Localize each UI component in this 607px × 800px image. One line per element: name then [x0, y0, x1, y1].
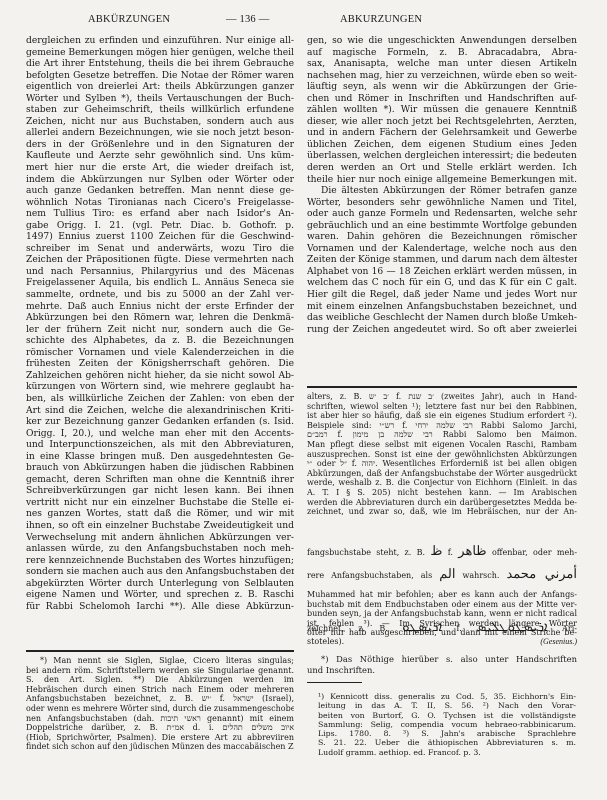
body-line: sax, Ananisapta, welche man unter diesen… — [307, 59, 577, 71]
body-line: Zahlzeichen gehören nicht hieher, da sie… — [26, 371, 294, 383]
body-line: überlassen, welchen dergleichen interess… — [307, 151, 577, 163]
footnote-line: Doppelstriche darüber, z. B. אמ״ת d. i. … — [26, 723, 294, 733]
body-line: mehrte. Daß auch Ennius nicht der erste … — [26, 302, 294, 314]
references: ¹) Kennicott diss. generalis zu Cod. 5, … — [318, 692, 576, 757]
syriac-example: zeichnet, z. B. ܐܪܝܣܛܘ f. ܐܪܝܣܛܘܛܠܝܣ Ari… — [307, 619, 577, 647]
body-line: ders in der Größenlehre und in den Signa… — [26, 140, 294, 152]
left-footnote-divider — [26, 650, 294, 652]
body-line: theile hier nur noch einige allgemeine B… — [307, 175, 577, 187]
footnote-line: Man pflegt diese selbst mit eigenen Voca… — [307, 440, 577, 450]
body-line: ihnen, so oft ein einzelner Buchstabe Zw… — [26, 521, 294, 533]
body-line: die Art ihrer Entstehung, theils die bei… — [26, 59, 294, 71]
body-line: Art sind die Zeichen, welche die alexand… — [26, 406, 294, 418]
body-line: Kaufleute und Aerzte sehr gewöhnlich sin… — [26, 151, 294, 163]
body-line: befolgten Gesetze betreffen. Die Notae d… — [26, 71, 294, 83]
footnote-line: auszusprechen. Sonst ist eine der gewöhn… — [307, 450, 577, 460]
body-line: Origg. I, 20.), und welche man eher mit … — [26, 429, 294, 441]
body-line: chen und Römer in Inschriften und Handsc… — [307, 94, 577, 106]
body-line: Hier gilt die Regel, daß jeder Name und … — [307, 290, 577, 302]
right-footnote-divider — [307, 386, 577, 388]
body-line: rung der Zeichen angedeutet wird. So oft… — [307, 325, 577, 337]
body-line: ben, als willkürliche Zeichen der Zahlen… — [26, 394, 294, 406]
body-line: wöhnlich Notas Tironianas nach Cicero's … — [26, 198, 294, 210]
body-line: ler der frühern Zeit nicht nur, sondern … — [26, 325, 294, 337]
body-line: in eine Klasse bringen muß. Den ausgedeh… — [26, 452, 294, 464]
arabic-abbrev-glyph: الم — [439, 567, 455, 582]
body-line: Abkürzungen bei den Römern war, lehren d… — [26, 313, 294, 325]
body-line: eigentlich von dreierlei Art: theils Abk… — [26, 82, 294, 94]
footnote-line: ist aber hier so häufig, daß sie ein eig… — [307, 411, 577, 421]
arabic-line-2: rere Anfangsbuchstaben, als الم wahrsch.… — [307, 563, 577, 586]
body-line: eigene Namen und Wörter, und sprechen z.… — [26, 590, 294, 602]
body-line: kürzungen von Wörtern sind, wie mehrere … — [26, 382, 294, 394]
footnote-line: Beispiele sind: רש״י f. רבי שלמה ירחי Ra… — [307, 421, 577, 431]
syriac-abbrev-glyph: ܐܪܝܣܛܘ — [402, 620, 442, 635]
body-line: oder auch ganze Formeln und Redensarten,… — [307, 209, 577, 221]
body-line: schreiber im Senat und anderwärts, wozu … — [26, 244, 294, 256]
footnote-line: *) Das Nöthige hierüber s. also unter Ha… — [307, 654, 577, 665]
body-line: waren. Dahin gehören die Bezeichnungen r… — [307, 232, 577, 244]
body-line: anlassen würde, zu den Anfangsbuchstaben… — [26, 544, 294, 556]
footnote-line: ״י oder ״ל f. יהוה. Wesentliches Erforde… — [307, 459, 577, 469]
body-line: auf magische Formeln, z. B. Abracadabra,… — [307, 48, 577, 60]
body-line: Alphabet von 16 — 18 Zeichen erklärt wer… — [307, 267, 577, 279]
body-line: Zeiten der Könige stammen, und darum nac… — [307, 255, 577, 267]
body-line: rere kennzeichnende Buchstaben des Worte… — [26, 556, 294, 568]
body-line: gemacht, deren Schriften man ohne die Ke… — [26, 475, 294, 487]
reference-line: Ludolf gramm. aethiop. ed. Francof. p. 3… — [318, 748, 576, 757]
arabic-phrase: أمرني محمد — [506, 567, 577, 582]
footnote-line: Hebräischen durch einen Strich nach Eine… — [26, 685, 294, 695]
left-footnotes: *) Man nennt sie Siglen, Siglae, Cicero … — [26, 656, 294, 752]
footnote-line: רמב״ם f. רבי שלמה בן מימון Rabbi Salomo … — [307, 430, 577, 440]
body-line: 1497) Ennius zuerst 1100 Zeichen für die… — [26, 232, 294, 244]
footnote-line: A. T. I § S. 205) nicht bestehen kann. —… — [307, 488, 577, 498]
body-line: gemeine Bemerkungen mögen hier genügen, … — [26, 48, 294, 60]
reference-line: ¹) Kennicott diss. generalis zu Cod. 5, … — [318, 692, 576, 701]
body-line: üblichen Zeichen, dem eigenen Studium ei… — [307, 140, 577, 152]
references-divider — [307, 682, 362, 683]
arabic-letter-glyph: ظ — [430, 544, 442, 559]
footnote-line: werden die Abbreviaturen durch ein darüb… — [307, 498, 577, 508]
footnote-line: bunden seyn, ja der Anfangsbuchstab kann… — [307, 609, 577, 619]
footnote-line: S. den Art. Siglen. **) Die Abkürzungen … — [26, 675, 294, 685]
body-line: dieser, wie aller noch jetzt bei Rechtsg… — [307, 117, 577, 129]
body-line: Vornamen und der Kalendertage, welche no… — [307, 244, 577, 256]
body-line: gebräuchlich und an eine bestimmte Wortf… — [307, 221, 577, 233]
body-line: römischer Vornamen und viele Kalenderzei… — [26, 348, 294, 360]
left-column: dergleichen zu erfinden und einzuführen.… — [26, 36, 294, 613]
body-line: sondern sie machen auch aus den Anfangsb… — [26, 567, 294, 579]
footnote-line: zeichnet, und zwar so, daß, wie im Hebrä… — [307, 507, 577, 517]
footnote-line: *) Man nennt sie Siglen, Siglae, Cicero … — [26, 656, 294, 666]
footnote-line: Muhammed hat mir befohlen; aber es kann … — [307, 590, 577, 600]
footnote-line: bei andern röm. Schriftstellern werden s… — [26, 666, 294, 676]
footnote-line: buchstab mit dem Endbuchstaben oder eine… — [307, 600, 577, 610]
body-line: ker zur Bezeichnung ganzer Gedanken erfa… — [26, 417, 294, 429]
syriac-end-line: stoteles). (Gesenius.) — [307, 637, 577, 647]
body-line: sammelte, ordnete, und bis zu 5000 an de… — [26, 290, 294, 302]
header-right-title: ABKURZUNGEN — [340, 14, 422, 25]
body-line: Zeichen, nicht nur aus Buchstaben, sonde… — [26, 117, 294, 129]
body-line: Wörter und Sylben *), theils Vertauschun… — [26, 94, 294, 106]
body-line: dergleichen zu erfinden und einzuführen.… — [26, 36, 294, 48]
body-line: und nach Persannius, Philargyrius und de… — [26, 267, 294, 279]
body-line: das weibliche Geschlecht der Namen durch… — [307, 313, 577, 325]
body-line: allerlei andern Bezeichnungen, wie sie n… — [26, 128, 294, 140]
footnote-line: alters, z. B. ׳ב ׳ש f. ׳ב שנת (zweites J… — [307, 392, 577, 402]
body-line: gabe Origg. I. 21. (vgl. Petr. Diac. b. … — [26, 221, 294, 233]
body-line: für Rabbi Schelomoh Iarchi **). Alle die… — [26, 602, 294, 614]
reference-line: Lips. 1780. 8. ³) S. Jahn's arabische Sp… — [318, 729, 576, 738]
body-line: nes ganzen Wortes, statt daß die Römer, … — [26, 509, 294, 521]
header-left-title: ABKÜRZUNGEN — [88, 14, 170, 25]
footnote-line: findet sich schon auf den jüdischen Münz… — [26, 742, 294, 752]
body-line: nem Tullius Tiro: es erfand aber nach Is… — [26, 209, 294, 221]
body-line: Zeichen der Präpositionen fügte. Diese v… — [26, 255, 294, 267]
running-header: ABKÜRZUNGEN — 136 — ABKURZUNGEN — [0, 14, 607, 28]
reference-line: beiten von Burtorf, G. O. Tychsen ist di… — [318, 711, 576, 720]
body-line: und Interpunctionszeichen, als mit den A… — [26, 440, 294, 452]
body-line: schichte des Alphabetes, da z. B. die Be… — [26, 336, 294, 348]
right-footnote-continuation: alters, z. B. ׳ב ׳ש f. ׳ב שנת (zweites J… — [307, 392, 577, 517]
body-line: brauch von Abkürzungen haben die jüdisch… — [26, 463, 294, 475]
footnote-line: oder wenn es mehrere Wörter sind, durch … — [26, 704, 294, 714]
body-line: mit einem einzelnen Anfangsbuchstaben be… — [307, 302, 577, 314]
body-line: welchem das C noch für ein G, und das K … — [307, 278, 577, 290]
body-line: Schreibverkürzungen gar nicht lesen kann… — [26, 486, 294, 498]
reference-line: S. 21. 22. Ueber die äthiopischen Abbrev… — [318, 738, 576, 747]
footnote-line: (Hiob, Sprichwörter, Psalmen). Die erste… — [26, 733, 294, 743]
arabic-line-1: fangsbuchstabe steht, z. B. ظ f. ظاهر of… — [307, 540, 577, 563]
body-line: und in andern Fächern der Gelehrsamkeit … — [307, 128, 577, 140]
attribution: (Gesenius.) — [540, 637, 577, 646]
page-number: — 136 — — [226, 14, 269, 25]
footnote-line: und Inschriften. — [307, 665, 577, 676]
see-also-note: *) Das Nöthige hierüber s. also unter Ha… — [307, 654, 577, 676]
body-line: staben zur Geheimschrift, theils willkür… — [26, 105, 294, 117]
reference-line: Sammlung: Selig, compendia vocum hebraeo… — [318, 720, 576, 729]
body-line: vertritt nicht nur ein einzelner Buchsta… — [26, 498, 294, 510]
syriac-word-glyph: ܐܪܝܣܛܘܛܠܝܣ — [476, 620, 548, 635]
body-line: mert hier nur die erste Art, die wieder … — [26, 163, 294, 175]
footnote-line: schriften, wiewol selten ¹); letztere fa… — [307, 402, 577, 412]
body-line: indem die Abkürzungen nur Sylben oder Wö… — [26, 175, 294, 187]
syriac-line: zeichnet, z. B. ܐܪܝܣܛܘ f. ܐܪܝܣܛܘܛܠܝܣ Ari… — [307, 619, 577, 637]
body-line: läuftig seyn, als wenn wir die Abkürzung… — [307, 82, 577, 94]
footnote-line: Abkürzungen, daß der Anfangsbuchstabe de… — [307, 469, 577, 479]
body-line: nachsehen mag, hier zu verzeichnen, würd… — [307, 71, 577, 83]
arabic-examples: fangsbuchstabe steht, z. B. ظ f. ظاهر of… — [307, 540, 577, 586]
body-line: Die ältesten Abkürzungen der Römer betra… — [307, 186, 577, 198]
body-line: Verwechselung mit andern ähnlichen Abkür… — [26, 533, 294, 545]
body-line: abgekürzten Wörter durch Unterlegung von… — [26, 579, 294, 591]
body-line: deren werden an Ort und Stelle erklärt w… — [307, 163, 577, 175]
body-line: gen, so wie die ungeschickten Anwendunge… — [307, 36, 577, 48]
right-column: gen, so wie die ungeschickten Anwendunge… — [307, 36, 577, 336]
body-line: Freigelassener Aquila, bis endlich L. An… — [26, 278, 294, 290]
arabic-word: ظاهر — [458, 544, 486, 559]
body-line: auch ganze Gedanken betreffen. Man nennt… — [26, 186, 294, 198]
body-line: frühesten Zeiten der Königsherrschaft ge… — [26, 359, 294, 371]
body-line: zählen wollten *). Wir müssen die genaue… — [307, 105, 577, 117]
footnote-line: nen Anfangsbuchstaben (dah. ראשי תיבות g… — [26, 714, 294, 724]
footnote-line: werde, weshalb z. B. die Conjectur von E… — [307, 478, 577, 488]
body-line: Wörter, besonders sehr gewöhnliche Namen… — [307, 198, 577, 210]
reference-line: leitung in das A. T. II, S. 56. ²) Nach … — [318, 701, 576, 710]
footnote-line: Anfangsbuchstaben bezeichnet, z. B. ׳יש … — [26, 694, 294, 704]
